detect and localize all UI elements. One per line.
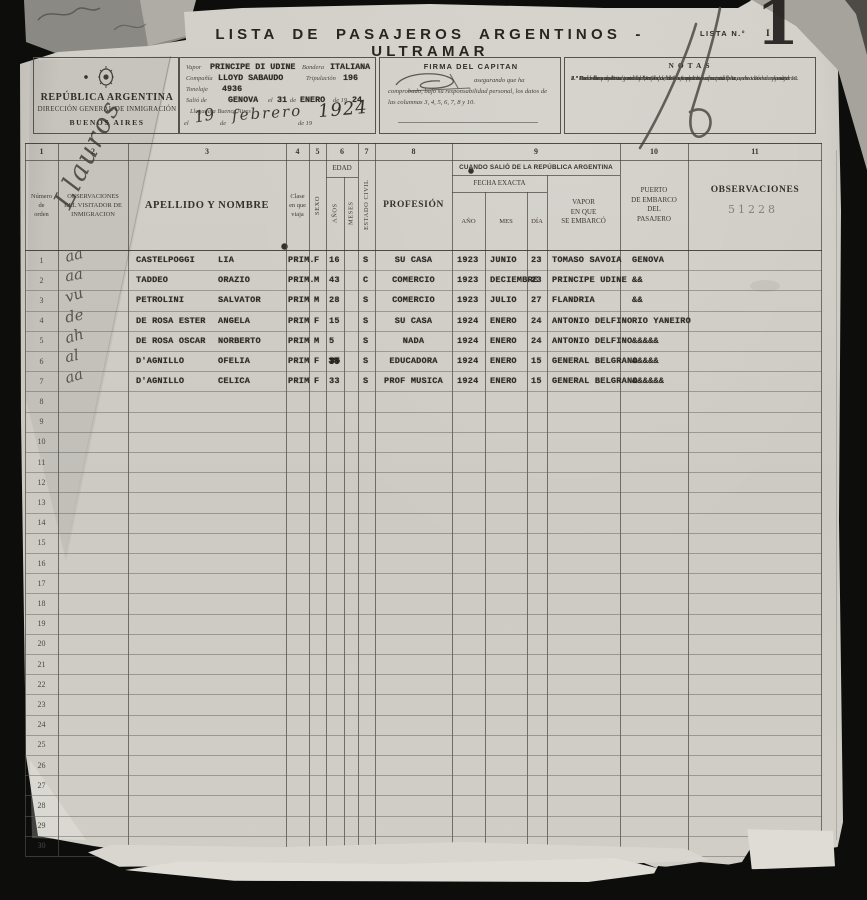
row-number: 28 (25, 795, 58, 815)
cell-estado-civil: C (363, 270, 368, 290)
table-grid-vline (485, 192, 486, 856)
col-header-fecha_exacta: FECHA EXACTA (452, 175, 547, 192)
cell-apellido: DE ROSA OSCAR (136, 331, 206, 351)
table-row-line (25, 755, 822, 756)
row-number: 26 (25, 755, 58, 775)
col-header-meses: MESES (344, 177, 358, 250)
cell-profesion: SU CASA (375, 250, 452, 270)
cell-sexo: F (314, 311, 319, 331)
cell-nombre: SALVATOR (218, 290, 261, 310)
row-number: 11 (25, 452, 58, 472)
bandera-value: ITALIANA (330, 62, 370, 72)
table-row-line (25, 472, 822, 473)
cell-salida-dia: 15 (531, 371, 542, 391)
table-row-line (25, 492, 822, 493)
table-row-line (25, 573, 822, 574)
cell-vapor: PRINCIPE UDINE (552, 270, 627, 290)
cell-salida-mes: JUNIO (490, 250, 517, 270)
cell-clase: PRIM (288, 311, 309, 331)
cell-anos: 5 (329, 331, 334, 351)
bandera-label: Bandera (302, 64, 324, 71)
col-header-mes: MES (485, 192, 527, 250)
cell-sexo: M (314, 270, 319, 290)
cell-nombre: LIA (218, 250, 234, 270)
cell-salida-mes: ENERO (490, 371, 517, 391)
row-number: 21 (25, 654, 58, 674)
cell-sexo: F (314, 351, 319, 371)
passenger-table: 1234567891011Número de ordenOBSERVACIONE… (25, 143, 822, 856)
cell-salida-mes: ENERO (490, 331, 517, 351)
table-row-line (25, 513, 822, 514)
cell-nombre: CELICA (218, 371, 250, 391)
table-row-line (25, 412, 822, 413)
cell-salida-mes: ENERO (490, 351, 517, 371)
cell-apellido: D'AGNILLO (136, 351, 184, 371)
cell-vapor: FLANDRIA (552, 290, 595, 310)
col-header-edad: EDAD (326, 160, 358, 177)
row-number: 7 (25, 371, 58, 391)
llegada-ano-handwritten: 1924 (317, 97, 368, 122)
vapor-label: Vapor (186, 64, 201, 71)
row-number: 19 (25, 614, 58, 634)
table-row-line (25, 614, 822, 615)
cell-apellido: PETROLINI (136, 290, 184, 310)
cell-vapor: GENERAL BELGRANO (552, 371, 638, 391)
cell-apellido: DE ROSA ESTER (136, 311, 206, 331)
cell-puerto: RIO YANEIRO (632, 311, 691, 331)
cell-puerto: &&&&& (632, 331, 659, 351)
cell-salida-dia: 23 (531, 250, 542, 270)
col-header-profesion: PROFESIÓN (375, 160, 452, 250)
cell-salida-dia: 24 (531, 331, 542, 351)
cell-salida-ano: 1924 (457, 351, 478, 371)
visitador-mark: de (63, 305, 85, 326)
cell-salida-ano: 1923 (457, 250, 478, 270)
col-number: 2 (58, 144, 128, 159)
col-header-apellido: APELLIDO Y NOMBRE (128, 160, 286, 250)
cell-salida-dia: 27 (531, 290, 542, 310)
cell-salida-mes: JULIO (490, 290, 517, 310)
cell-vapor: ANTONIO DELFINO (552, 311, 632, 331)
right-edge-line (836, 150, 837, 840)
row-number: 6 (25, 351, 58, 371)
col-header-numero: Número de orden (25, 160, 58, 250)
row-number: 1 (25, 250, 58, 270)
cell-sexo: F (314, 250, 319, 270)
row-number: 29 (25, 816, 58, 836)
row-number: 17 (25, 573, 58, 593)
ship-info-box: Vapor PRINCIPE DI UDINE Bandera ITALIANA… (179, 57, 376, 134)
cell-salida-ano: 1924 (457, 311, 478, 331)
table-row-line (25, 391, 822, 392)
cell-vapor: GENERAL BELGRANO (552, 351, 638, 371)
cell-clase: PRIM. (288, 250, 315, 270)
pencil-scribble-top (30, 0, 170, 50)
cell-salida-ano: 1924 (457, 331, 478, 351)
row-number: 12 (25, 472, 58, 492)
cell-salida-dia: 24 (531, 311, 542, 331)
llegada-dia-handwritten: 19 (193, 104, 216, 126)
cell-puerto: && (632, 270, 643, 290)
visitador-mark: ah (63, 325, 86, 347)
table-row-line (25, 432, 822, 433)
cell-profesion: COMERCIO (375, 270, 452, 290)
cell-sexo: M (314, 290, 319, 310)
tonelaje-value: 4936 (222, 84, 242, 94)
cell-estado-civil: S (363, 290, 368, 310)
cell-puerto: GENOVA (632, 250, 664, 270)
row-number: 23 (25, 694, 58, 714)
cell-anos: 43 (329, 270, 340, 290)
cell-sexo: F (314, 371, 319, 391)
vapor-value: PRINCIPE DI UDINE (210, 62, 295, 72)
cell-salida-ano: 1923 (457, 290, 478, 310)
compania-value: LLOYD SABAUDO (218, 73, 283, 83)
row-number: 24 (25, 715, 58, 735)
cell-profesion: EDUCADORA (375, 351, 452, 371)
col-number: 4 (286, 144, 309, 159)
cell-nombre: ORAZIO (218, 270, 250, 290)
cell-apellido: D'AGNILLO (136, 371, 184, 391)
table-grid-vline (527, 192, 528, 856)
cell-salida-dia: 15 (531, 351, 542, 371)
row-number: 3 (25, 290, 58, 310)
col-number: 8 (375, 144, 452, 159)
firma-body: asegurando que ha comprobado, bajo su re… (388, 76, 554, 108)
cell-nombre: OFELIA (218, 351, 250, 371)
visitador-mark: aa (64, 265, 85, 286)
table-row-line (25, 735, 822, 736)
cell-profesion: COMERCIO (375, 290, 452, 310)
salio-label: Salió de (186, 97, 207, 104)
cell-vapor: TOMASO SAVOIA (552, 250, 622, 270)
col-header-dia: DÍA (527, 192, 547, 250)
row-number: 8 (25, 391, 58, 411)
col-number: 10 (620, 144, 688, 159)
cell-anos: 28 (329, 290, 340, 310)
cell-apellido: CASTELPOGGI (136, 250, 195, 270)
table-row-line (25, 654, 822, 655)
cell-puerto: && (632, 290, 643, 310)
col-header-clase: Clase en que viaja (286, 160, 309, 250)
cell-profesion: PROF MUSICA (375, 371, 452, 391)
row-number: 13 (25, 492, 58, 512)
cell-salida-ano: 1923 (457, 270, 478, 290)
row-number: 30 (25, 836, 58, 856)
visitador-mark: al (63, 346, 80, 366)
cell-puerto: &&&&&& (632, 371, 664, 391)
table-row-line (25, 715, 822, 716)
col-number: 9 (452, 144, 620, 159)
cell-clase: PRIM (288, 351, 309, 371)
cell-anos: 16 (329, 250, 340, 270)
row-number: 10 (25, 432, 58, 452)
table-row-line (25, 694, 822, 695)
row-number: 20 (25, 634, 58, 654)
col-header-ano: AÑO (452, 192, 485, 250)
row-number: 5 (25, 331, 58, 351)
col-number: 5 (309, 144, 326, 159)
cell-vapor: ANTONIO DELFINO (552, 331, 632, 351)
coat-of-arms-icon (96, 66, 116, 88)
table-grid-vline (547, 175, 548, 856)
cell-salida-mes: ENERO (490, 311, 517, 331)
row-number: 4 (25, 311, 58, 331)
table-row-line (25, 775, 822, 776)
cell-estado-civil: S (363, 250, 368, 270)
captain-signature-box: FIRMA DEL CAPITAN asegurando que ha comp… (379, 57, 561, 134)
col-header-estado_civil: ESTADO CIVIL (358, 160, 375, 250)
col-number: 3 (128, 144, 286, 159)
table-row-line (25, 795, 822, 796)
col-header-visitador: OBSERVACIONES DEL VISITADOR DE INMIGRACI… (58, 160, 128, 250)
llegada-de19: de 19 (298, 120, 312, 127)
scanned-passenger-list-photo: LISTA DE PASAJEROS ARGENTINOS - ULTRAMAR… (0, 0, 867, 900)
cell-nombre: NORBERTO (218, 331, 261, 351)
col-header-puerto: PUERTO DE EMBARCO DEL PASAJERO (620, 160, 688, 250)
col-header-anos: AÑOS (326, 177, 344, 250)
table-row-line (25, 836, 822, 837)
table-row-line (25, 816, 822, 817)
llegada-el: el (184, 120, 189, 127)
row-number: 14 (25, 513, 58, 533)
cell-sexo: M (314, 331, 319, 351)
cell-clase: PRIM (288, 371, 309, 391)
tripulacion-label: Tripulación (306, 75, 336, 82)
cell-clase: PRIM. (288, 270, 315, 290)
col-number: 1 (25, 144, 58, 159)
col-number: 11 (688, 144, 822, 159)
col-header-sexo: SEXO (309, 160, 326, 250)
visitador-mark: aa (63, 365, 85, 387)
cell-clase: PRIM (288, 290, 309, 310)
cell-profesion: SU CASA (375, 311, 452, 331)
cell-puerto: &&&&& (632, 351, 659, 371)
llegada-de: de (220, 120, 226, 127)
cell-salida-ano: 1924 (457, 371, 478, 391)
llegada-mes-handwritten: febrero (231, 102, 302, 125)
cell-estado-civil: S (363, 371, 368, 391)
stamp-number: 51228 (728, 203, 778, 216)
cell-anos: 33 (329, 371, 340, 391)
col-header-vapor_embarco: VAPOR EN QUE SE EMBARCÓ (547, 175, 620, 250)
table-row-line (25, 452, 822, 453)
cell-estado-civil: S (363, 331, 368, 351)
row-number: 2 (25, 270, 58, 290)
col-number: 6 (326, 144, 358, 159)
tonelaje-label: Tonelaje (186, 86, 208, 93)
cell-anos: 15 (329, 311, 340, 331)
cell-salida-dia: 23 (531, 270, 542, 290)
cell-apellido: TADDEO (136, 270, 168, 290)
compania-label: Compañía (186, 75, 213, 82)
table-row-line (25, 533, 822, 534)
visitador-mark: vu (63, 284, 86, 307)
row-number: 18 (25, 593, 58, 613)
salio-puerto: GENOVA (228, 95, 258, 105)
cell-estado-civil: S (363, 311, 368, 331)
col-header-cuando_salio: CUANDO SALIÓ DE LA REPÚBLICA ARGENTINA (452, 160, 620, 175)
table-row-line (25, 593, 822, 594)
cell-estado-civil: S (363, 351, 368, 371)
row-number: 25 (25, 735, 58, 755)
table-row-line (25, 553, 822, 554)
table-row-line (25, 634, 822, 635)
table-row-line (25, 674, 822, 675)
cell-clase: PRIM (288, 331, 309, 351)
row-number: 27 (25, 775, 58, 795)
firma-rule (398, 122, 538, 123)
cell-profesion: NADA (375, 331, 452, 351)
cell-anos: 35 (329, 351, 340, 371)
row-number: 22 (25, 674, 58, 694)
tripulacion-value: 196 (343, 73, 358, 83)
row-number: 16 (25, 553, 58, 573)
cell-nombre: ANGELA (218, 311, 250, 331)
col-number: 7 (358, 144, 375, 159)
row-number: 15 (25, 533, 58, 553)
row-number: 9 (25, 412, 58, 432)
